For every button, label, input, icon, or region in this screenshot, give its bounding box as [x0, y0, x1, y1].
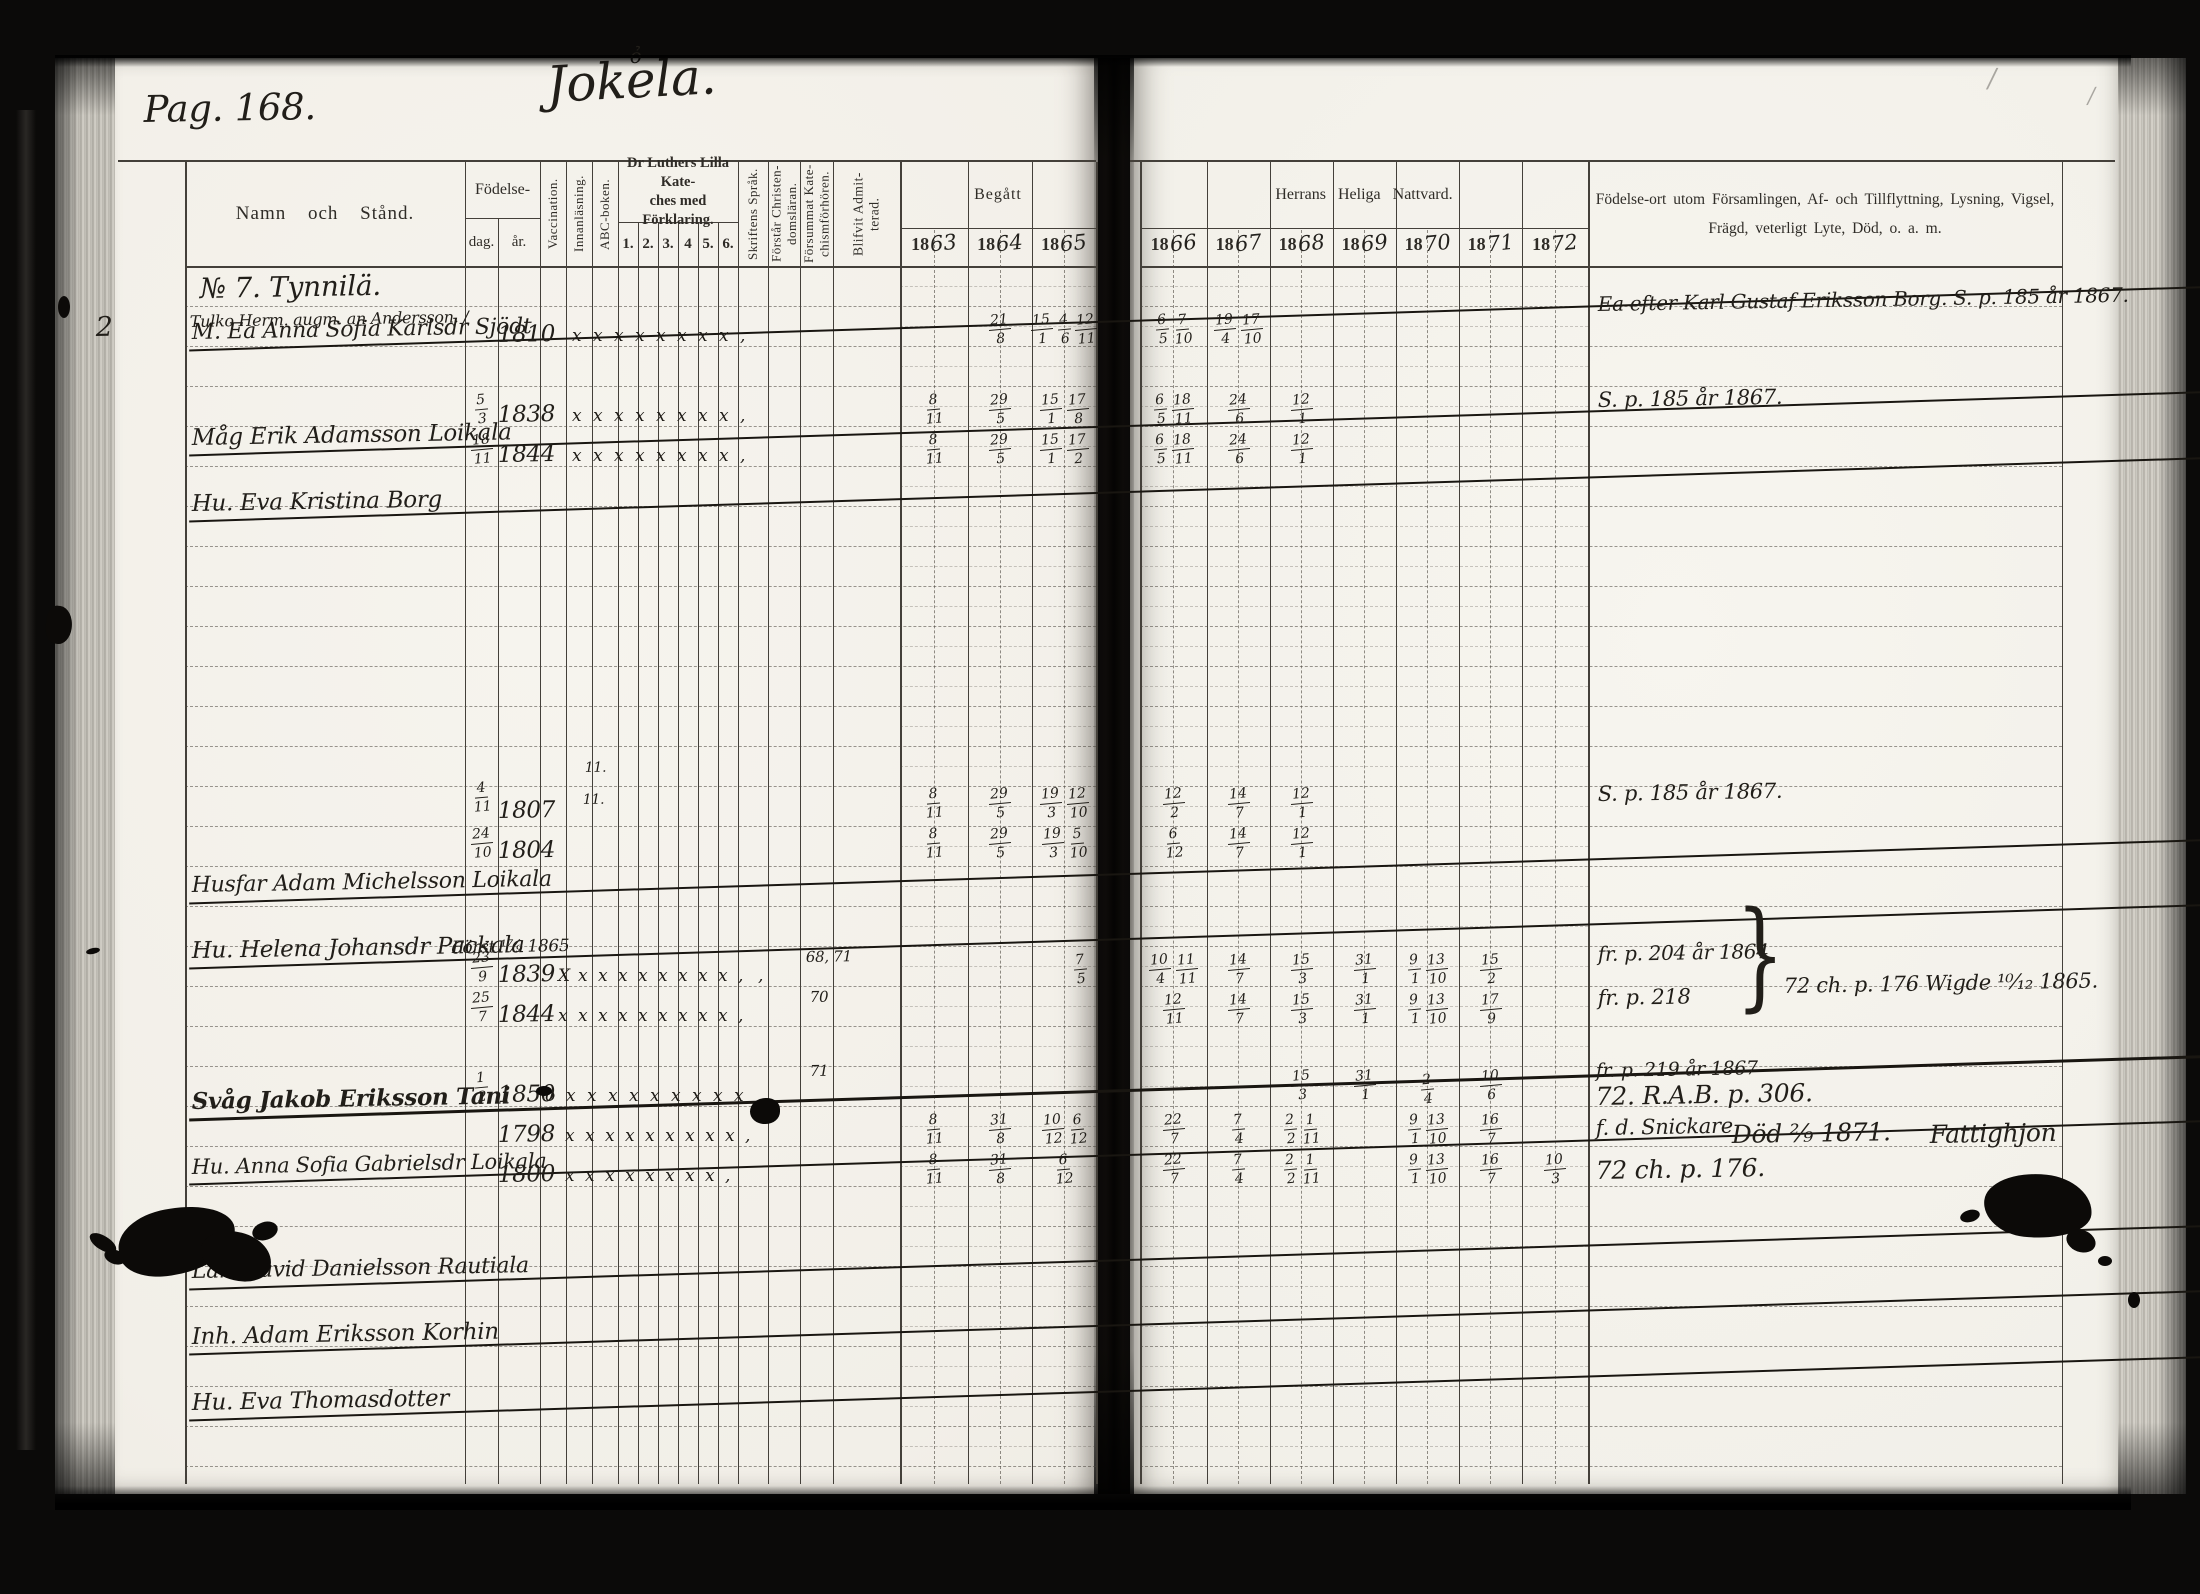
r6-comm-1867: 147 — [1207, 952, 1270, 987]
r6-born-year: 1839 — [498, 961, 556, 988]
tally-mark: x — [705, 1126, 715, 1146]
margin-no: 2 — [95, 312, 112, 343]
fraction-numerator: 12 — [1289, 391, 1312, 411]
date-fraction: 295 — [988, 431, 1013, 468]
tally-mark: x — [618, 1006, 628, 1026]
date-fraction: 122 — [1161, 785, 1186, 822]
r8-comm-1870: 24 — [1396, 1072, 1459, 1107]
year-script: 72 — [1550, 230, 1579, 257]
fraction-numerator: 29 — [988, 785, 1011, 805]
r1-begatt-1864: 218 — [968, 312, 1032, 347]
r6-comm-1869: 311 — [1333, 952, 1396, 987]
r4-comm-1867: 147 — [1207, 786, 1270, 821]
r10-comm-1867: 74 — [1207, 1152, 1270, 1187]
date-fraction: 295 — [988, 391, 1013, 428]
tally-mark: x — [608, 1086, 618, 1106]
date-fraction: 311 — [1352, 951, 1377, 988]
fraction-numerator: 2 — [1282, 1152, 1296, 1171]
date-fraction: 295 — [988, 825, 1013, 862]
grid-line — [1140, 1446, 1588, 1447]
fraction-numerator: 8 — [926, 392, 940, 411]
date-fraction: 1210 — [1065, 785, 1090, 822]
year-header-1866: 1866 — [1140, 228, 1207, 266]
tally-mark: x — [665, 1126, 675, 1146]
date-fraction: 1710 — [1240, 311, 1265, 348]
tally-mark: x — [658, 1006, 668, 1026]
fraction-denominator: 4 — [1234, 1130, 1244, 1148]
date-fraction: 46 — [1056, 312, 1072, 348]
catechism-subcol-5: 5. — [698, 222, 718, 266]
year-script: 65 — [1059, 230, 1088, 257]
grid-line — [185, 986, 1096, 987]
r1-born-year: 1810 — [498, 321, 556, 348]
scanned-parish-register: Namn och Stånd. Födelse- dag. år. Vaccin… — [0, 0, 2200, 1594]
fraction-denominator: 11 — [1178, 969, 1197, 987]
date-fraction: 75 — [1072, 952, 1088, 988]
r7-born-year: 1844 — [498, 1001, 556, 1028]
fraction-numerator: 19 — [1213, 311, 1236, 331]
tally-mark: x — [614, 326, 624, 346]
fraction-denominator: 11 — [473, 449, 492, 467]
grid-line — [900, 1206, 1096, 1207]
page-number: Pag. 168. — [143, 85, 316, 131]
r2-comm-1867: 246 — [1207, 392, 1270, 427]
year-script: 67 — [1233, 230, 1262, 257]
pencil-scribble-b: / — [2088, 84, 2096, 109]
grid-line — [900, 1286, 1096, 1287]
grid-line — [1140, 626, 2062, 627]
fraction-numerator: 8 — [926, 826, 940, 845]
r5-comm-1867: 147 — [1207, 826, 1270, 861]
fraction-denominator: 8 — [996, 330, 1006, 348]
grid-line — [900, 686, 1096, 687]
date-fraction: 172 — [1065, 431, 1090, 468]
year-columns-1863-1865: 186318641865 — [900, 228, 1096, 266]
fraction-numerator: 19 — [1038, 785, 1061, 805]
grid-line — [1140, 386, 2062, 387]
col-header-namn-och-stand: Namn och Stånd. — [185, 162, 465, 266]
year-script: 70 — [1422, 230, 1451, 257]
date-fraction: 22 — [1282, 1152, 1298, 1188]
col-header-fodelse: Födelse- — [465, 162, 540, 218]
date-fraction: 111 — [1300, 1111, 1321, 1147]
date-fraction: 1811 — [469, 431, 494, 468]
tally-mark: x — [671, 1086, 681, 1106]
date-fraction: 1111 — [1175, 951, 1200, 988]
date-fraction: 318 — [988, 1151, 1013, 1188]
fraction-denominator: 1 — [1410, 1170, 1420, 1188]
tally-mark: x — [698, 1006, 708, 1026]
date-fraction: 65 — [1154, 312, 1170, 348]
fraction-denominator: 1 — [1037, 330, 1047, 348]
r3-born-year: 1844 — [498, 441, 556, 468]
fraction-denominator: 1 — [1046, 410, 1056, 428]
fraction-denominator: 10 — [1428, 1169, 1447, 1187]
tally-mark: , — [758, 966, 763, 986]
fraction-denominator: 4 — [1234, 1170, 1244, 1188]
tally-mark: x — [718, 1006, 728, 1026]
date-fraction: 1310 — [1424, 951, 1449, 988]
year-header-1872: 1872 — [1522, 228, 1588, 266]
tally-mark: x — [650, 1086, 660, 1106]
r4-begatt-1863: 811 — [900, 786, 968, 821]
tally-mark: , — [738, 1006, 743, 1026]
tally-mark: x — [685, 1126, 695, 1146]
fraction-denominator: 11 — [1174, 449, 1193, 467]
fraction-denominator: 1 — [1360, 970, 1370, 988]
grid-line — [185, 1466, 1096, 1467]
r10-comm-1868: 22111 — [1270, 1152, 1333, 1187]
fraction-denominator: 5 — [1158, 330, 1168, 348]
r2-comm-1868: 121 — [1270, 392, 1333, 427]
date-fraction: 153 — [1289, 1067, 1314, 1104]
fraction-numerator: 6 — [1154, 312, 1168, 331]
year-script: 64 — [995, 230, 1024, 257]
tally-mark: x — [598, 1006, 608, 1026]
tally-mark: x — [578, 1006, 588, 1026]
grid-line — [1140, 1046, 1588, 1047]
r3-comm-1867: 246 — [1207, 432, 1270, 467]
fraction-numerator: 22 — [1161, 1111, 1184, 1131]
note-r9c: Fattighjon — [1929, 1118, 2056, 1149]
fraction-numerator: 10 — [1148, 951, 1171, 971]
right-page — [1130, 58, 2118, 1494]
r1-begatt-1865: 151461211 — [1032, 312, 1096, 347]
year-printed: 18 — [1041, 234, 1059, 255]
fraction-denominator: 7 — [1234, 804, 1244, 822]
date-fraction: 152 — [1478, 951, 1503, 988]
fraction-denominator: 7 — [477, 1008, 487, 1026]
fraction-numerator: 9 — [1406, 1112, 1420, 1131]
date-fraction: 811 — [924, 825, 945, 861]
date-fraction: 151 — [1038, 431, 1063, 468]
tally-mark: x — [677, 326, 687, 346]
date-fraction: 104 — [1148, 951, 1173, 988]
pencil-scribble-a: / — [1987, 64, 1996, 94]
note-r9b: Död ²⁄₉ 1871. — [1731, 1117, 1890, 1149]
tally-mark: , — [740, 326, 745, 346]
col-header-herrans-heliga-nattvard: Herrans Heliga Nattvard. — [1140, 162, 1588, 228]
r5-begatt-1864: 295 — [968, 826, 1032, 861]
note-brace: } — [1736, 885, 1784, 1023]
fraction-numerator: 6 — [1152, 432, 1166, 451]
date-fraction: 91 — [1406, 992, 1422, 1028]
catechism-subcol-3: 3. — [658, 222, 678, 266]
r10-comm-1871: 167 — [1459, 1152, 1522, 1187]
date-fraction: 179 — [1478, 991, 1503, 1028]
fraction-denominator: 3 — [1297, 970, 1307, 988]
year-header-1870: 1870 — [1396, 228, 1459, 266]
grid-line — [185, 626, 1096, 627]
grid-line — [900, 366, 1096, 367]
r4-lang-note-a: 11. — [585, 760, 607, 776]
fraction-numerator: 1 — [474, 1070, 488, 1089]
fraction-numerator: 31 — [1352, 991, 1375, 1011]
fraction-denominator: 1 — [1297, 804, 1307, 822]
fraction-denominator: 12 — [1165, 843, 1184, 861]
r7-comm-1869: 311 — [1333, 992, 1396, 1027]
fraction-numerator: 15 — [1289, 1067, 1312, 1087]
r10-comm-1870: 911310 — [1396, 1152, 1459, 1187]
grid-line — [1140, 1206, 1588, 1207]
fraction-numerator: 8 — [926, 432, 940, 451]
catechism-subcolumns: 1.2.3.45.6. — [618, 222, 738, 266]
fraction-numerator: 13 — [1424, 1111, 1447, 1131]
note-r10: 72 ch. p. 176. — [1595, 1153, 1765, 1185]
date-fraction: 1811 — [1170, 431, 1195, 468]
r6-lang: 68, 71 — [806, 947, 852, 966]
tally-mark: x — [719, 406, 729, 426]
grid-line — [1140, 706, 2062, 707]
fraction-numerator: 12 — [1161, 785, 1184, 805]
date-fraction: 24 — [1420, 1072, 1436, 1108]
book-gutter — [1094, 58, 1134, 1494]
r5-born-year: 1804 — [498, 837, 556, 864]
r9-comm-1866: 227 — [1140, 1112, 1207, 1147]
date-fraction: 121 — [1289, 825, 1314, 862]
fraction-numerator: 9 — [1406, 992, 1420, 1011]
fraction-numerator: 4 — [1056, 312, 1070, 331]
tally-mark: x — [605, 1126, 615, 1146]
tally-mark: x — [658, 966, 668, 986]
tally-mark: , — [725, 1166, 730, 1186]
year-header-1869: 1869 — [1333, 228, 1396, 266]
fraction-numerator: 14 — [1226, 825, 1249, 845]
year-header-1868: 1868 — [1270, 228, 1333, 266]
col-header-begatt: Begått — [900, 162, 1096, 228]
date-fraction: 193 — [1038, 785, 1063, 822]
date-fraction: 53 — [474, 392, 490, 428]
date-fraction: 121 — [1289, 785, 1314, 822]
ink-blot — [58, 296, 70, 318]
fraction-numerator: 15 — [1478, 951, 1501, 971]
date-fraction: 65 — [1152, 392, 1168, 428]
fraction-numerator: 6 — [1152, 392, 1166, 411]
tally-mark: X — [558, 966, 570, 986]
tally-mark: x — [656, 406, 666, 426]
r4-begatt-1864: 295 — [968, 786, 1032, 821]
fraction-numerator: 29 — [988, 391, 1011, 411]
fraction-denominator: 2 — [1486, 970, 1496, 988]
tally-mark: x — [572, 326, 582, 346]
fraction-numerator: 15 — [1038, 391, 1061, 411]
fraction-numerator: 29 — [988, 825, 1011, 845]
r5-begatt-1865: 193510 — [1032, 826, 1096, 861]
r2-comm-1866: 651811 — [1140, 392, 1207, 427]
r5-comm-1868: 121 — [1270, 826, 1333, 861]
fraction-numerator: 15 — [1289, 991, 1312, 1011]
grid-line — [1140, 686, 1588, 687]
fraction-numerator: 31 — [1352, 1067, 1375, 1087]
fraction-denominator: 11 — [1165, 1009, 1184, 1027]
r10-born-year: 1800 — [498, 1161, 556, 1188]
tally-mark: x — [614, 446, 624, 466]
r5-comm-1866: 612 — [1140, 826, 1207, 861]
fraction-numerator: 23 — [469, 949, 492, 969]
fraction-numerator: 8 — [926, 1152, 940, 1171]
date-fraction: 1211 — [1161, 991, 1186, 1028]
fraction-numerator: 17 — [1065, 391, 1088, 411]
r7-comm-1870: 911310 — [1396, 992, 1459, 1027]
fraction-denominator: 8 — [996, 1130, 1006, 1148]
date-fraction: 91 — [1406, 952, 1422, 988]
fraction-denominator: 5 — [996, 804, 1006, 822]
r2-born-year: 1838 — [498, 401, 556, 428]
tally-mark: x — [565, 1126, 575, 1146]
r6-comm-1866: 1041111 — [1140, 952, 1207, 987]
r9-comm-1867: 74 — [1207, 1112, 1270, 1147]
tally-mark: x — [565, 1166, 575, 1186]
fraction-numerator: 14 — [1226, 991, 1249, 1011]
notes-header-line1: Födelse-ort utom Församlingen, Af- och T… — [1596, 185, 2055, 214]
year-printed: 18 — [1279, 234, 1297, 255]
r3-begatt-1863: 811 — [900, 432, 968, 467]
note-r9a: f. d. Snickare — [1596, 1114, 1733, 1140]
fraction-denominator: 11 — [925, 803, 944, 821]
tally-mark: x — [698, 406, 708, 426]
grid-line — [900, 766, 1096, 767]
grid-line — [1140, 766, 1588, 767]
tally-mark: x — [625, 1166, 635, 1186]
fraction-denominator: 3 — [1297, 1010, 1307, 1028]
r8-born-day: 12 — [465, 1070, 498, 1105]
grid-line — [1140, 1466, 2062, 1467]
fraction-denominator: 7 — [1486, 1170, 1496, 1188]
catechism-subcol-2: 2. — [638, 222, 658, 266]
grid-line — [1140, 726, 1588, 727]
grid-line — [185, 1426, 1096, 1427]
tally-mark: , — [740, 406, 745, 426]
r4-comm-1866: 122 — [1140, 786, 1207, 821]
col-header-forsummat-katechismforhoren: Försummat Kate- chismförhören. — [800, 162, 833, 266]
date-fraction: 811 — [924, 391, 945, 427]
grid-line — [1140, 606, 1588, 607]
fraction-denominator: 5 — [996, 410, 1006, 428]
note-r8a: fr. p. 219 år 1867 — [1596, 1057, 1758, 1082]
tally-mark: x — [635, 326, 645, 346]
grid-line — [1140, 586, 2062, 587]
date-fraction: 103 — [1543, 1151, 1568, 1188]
date-fraction: 121 — [1289, 431, 1314, 468]
tally-mark: x — [598, 966, 608, 986]
r3-comm-1868: 121 — [1270, 432, 1333, 467]
fraction-denominator: 4 — [1423, 1090, 1433, 1108]
fraction-denominator: 1 — [1410, 970, 1420, 988]
catechism-subcol-1: 1. — [618, 222, 638, 266]
r10-begatt-1865: 612 — [1032, 1152, 1096, 1187]
date-fraction: 91 — [1406, 1112, 1422, 1148]
ink-blot — [750, 1098, 780, 1124]
date-fraction: 311 — [1352, 1067, 1377, 1104]
date-fraction: 311 — [1352, 991, 1377, 1028]
fraction-denominator: 7 — [1234, 844, 1244, 862]
fraction-denominator: 5 — [1156, 410, 1166, 428]
grid-line — [900, 1046, 1096, 1047]
tally-mark: x — [593, 446, 603, 466]
grid-line — [2062, 162, 2063, 266]
fraction-numerator: 17 — [1478, 991, 1501, 1011]
fraction-numerator: 14 — [1226, 951, 1249, 971]
date-fraction: 153 — [1289, 991, 1314, 1028]
fraction-numerator: 5 — [474, 392, 488, 411]
date-fraction: 111 — [1300, 1151, 1321, 1187]
tally-mark: x — [698, 966, 708, 986]
year-header-1867: 1867 — [1207, 228, 1270, 266]
fraction-denominator: 3 — [1551, 1170, 1561, 1188]
r9-comm-1871: 167 — [1459, 1112, 1522, 1147]
fraction-numerator: 22 — [1161, 1151, 1184, 1171]
date-fraction: 510 — [1067, 825, 1088, 861]
tally-mark: x — [593, 406, 603, 426]
fraction-denominator: 1 — [1297, 844, 1307, 862]
fraction-denominator: 4 — [1221, 330, 1231, 348]
date-fraction: 65 — [1152, 432, 1168, 468]
date-fraction: 218 — [988, 311, 1013, 348]
fraction-numerator: 7 — [1231, 1112, 1245, 1131]
grid-line — [1140, 1286, 1588, 1287]
r6-begatt-1865: 75 — [1064, 952, 1096, 987]
fraction-denominator: 6 — [1486, 1086, 1496, 1104]
date-fraction: 74 — [1231, 1112, 1247, 1148]
ink-blot — [2128, 1292, 2140, 1308]
date-fraction: 2410 — [469, 825, 494, 862]
r8-comm-1871: 106 — [1459, 1068, 1522, 1103]
fraction-denominator: 7 — [1234, 970, 1244, 988]
fraction-denominator: 8 — [1073, 410, 1083, 428]
fraction-denominator: 11 — [925, 1129, 944, 1147]
title-mark: ỏ — [630, 44, 642, 68]
tally-mark: x — [725, 1126, 735, 1146]
tally-mark: x — [719, 446, 729, 466]
grid-line — [1140, 346, 2062, 347]
grid-line — [1140, 546, 2062, 547]
grid-line — [1140, 666, 2062, 667]
r3-begatt-1864: 295 — [968, 432, 1032, 467]
book-cover-edge — [16, 110, 36, 1450]
date-fraction: 193 — [1040, 825, 1065, 862]
fraction-denominator: 11 — [925, 409, 944, 427]
date-fraction: 147 — [1226, 825, 1251, 862]
fraction-denominator: 12 — [1044, 1129, 1063, 1147]
r7-born-day: 257 — [465, 990, 498, 1025]
r6-comm-1870: 911310 — [1396, 952, 1459, 987]
fraction-numerator: 9 — [1406, 1152, 1420, 1171]
note-r23: S. p. 185 år 1867. — [1598, 385, 1783, 412]
fraction-denominator: 1 — [1360, 1010, 1370, 1028]
note-r45: S. p. 185 år 1867. — [1598, 779, 1783, 806]
fraction-numerator: 8 — [926, 786, 940, 805]
notes-header-line2: Frägd, veterligt Lyte, Död, o. a. m. — [1708, 214, 1941, 243]
grid-line — [900, 726, 1096, 727]
date-fraction: 178 — [1065, 391, 1090, 428]
r3-comm-1866: 651811 — [1140, 432, 1207, 467]
r3-born-day: 1811 — [465, 432, 498, 467]
r7-comm-1871: 179 — [1459, 992, 1522, 1027]
date-fraction: 227 — [1161, 1151, 1186, 1188]
fraction-denominator: 5 — [1156, 450, 1166, 468]
fraction-denominator: 2 — [1169, 804, 1179, 822]
r1-comm-1866: 65710 — [1140, 312, 1207, 347]
tally-mark: x — [698, 446, 708, 466]
r6-born-day: 239 — [465, 950, 498, 985]
date-fraction: 811 — [924, 1111, 945, 1147]
year-script: 68 — [1296, 230, 1325, 257]
r6-comm-1868: 153 — [1270, 952, 1333, 987]
grid-line — [185, 586, 1096, 587]
r8-comm-1869: 311 — [1333, 1068, 1396, 1103]
r4-born-day: 411 — [465, 780, 498, 815]
grid-line — [185, 266, 1096, 268]
